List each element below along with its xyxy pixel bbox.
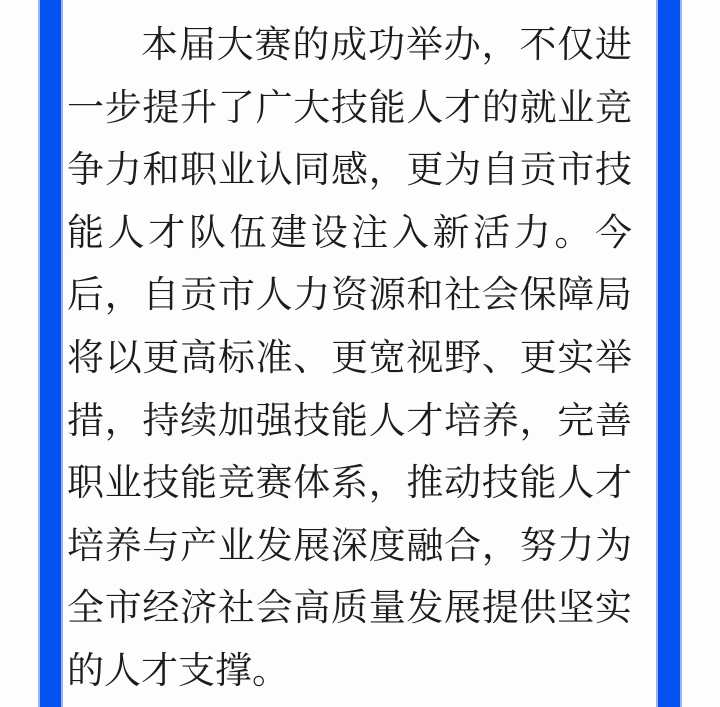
article-body: 本届大赛的成功举办，不仅进 一步提升了广大技能人才的就业竞 争力和职业认同感，更… [67,14,632,703]
text-line: 后，自贡市人力资源和社会保障局 [67,264,632,327]
text-line: 全市经济社会高质量发展提供坚实 [67,577,632,640]
text-line: 培养与产业发展深度融合，努力为 [67,515,632,578]
text-line: 的人才支撑。 [67,640,632,703]
text-line: 职业技能竞赛体系，推动技能人才 [67,452,632,515]
left-border-bar [38,0,63,707]
text-line: 争力和职业认同感，更为自贡市技 [67,139,632,202]
right-border-bar [656,0,682,707]
article-page: 本届大赛的成功举办，不仅进 一步提升了广大技能人才的就业竞 争力和职业认同感，更… [0,0,720,707]
text-line: 措，持续加强技能人才培养，完善 [67,390,632,453]
text-line: 能人才队伍建设注入新活力。今 [67,202,632,265]
text-line: 本届大赛的成功举办，不仅进 [67,14,632,77]
text-line: 一步提升了广大技能人才的就业竞 [67,77,632,140]
text-line: 将以更高标准、更宽视野、更实举 [67,327,632,390]
